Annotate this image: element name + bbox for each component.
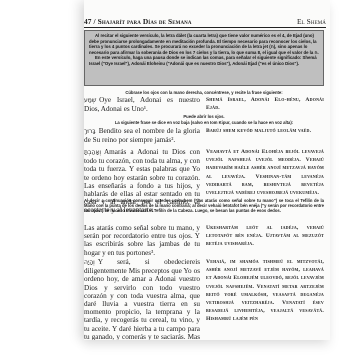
tefilin-instruction: Al decir a continuación conseguir ustede… xyxy=(84,198,324,214)
page-header: 47 / Shajarít para Días de Semana El She… xyxy=(84,16,326,28)
transliteration: Vehaiá, im shamóa tishmeú el mitzvotái, … xyxy=(206,258,324,340)
transliteration: Ukeshartám leót al iadéja, vehaiú letota… xyxy=(206,224,324,257)
section-title: El Shemá xyxy=(297,17,326,26)
spanish-text: Las atarás como señal sobre tu mano, y s… xyxy=(84,224,206,257)
hebrew-word: וְאָהַבְתָּ xyxy=(84,149,101,156)
spanish-text: שְׁמַעOye Israel, Adonai es nuestro Dios… xyxy=(84,96,206,113)
hebrew-word: וְהָיָה xyxy=(84,259,95,266)
baruj-row: בָּרוּךְBendito sea el nombre de la glor… xyxy=(84,127,324,144)
instruction-box: Al recitar el siguiente versículo, la le… xyxy=(84,30,324,86)
transliteration: Shemá Israel, Adonái Elo-hénu, Adonái Ej… xyxy=(206,96,324,113)
spanish-line: Oye Israel, Adonai es nuestro Dios, Adon… xyxy=(84,96,200,113)
spanish-text: בָּרוּךְBendito sea el nombre de la glor… xyxy=(84,127,206,144)
cover-eyes-instruction: Cúbrase los ojos con la mano derecha, co… xyxy=(84,90,324,95)
spanish-line: Bendito sea el nombre de la gloria de Su… xyxy=(84,127,200,144)
hebrew-word: שְׁמַע xyxy=(84,97,96,104)
vehaia-row: וְהָיָהY será, si obedeciereis diligente… xyxy=(84,258,324,340)
open-eyes-instruction: Puede abrir los ojos. xyxy=(84,114,324,119)
whisper-instruction: La siguiente frase se dice en voz baja (… xyxy=(84,120,324,125)
instruction-paragraph: Al recitar el siguiente versículo, la le… xyxy=(89,33,319,55)
page-number-title: 47 / Shajarít para Días de Semana xyxy=(84,17,192,26)
hebrew-word: בָּרוּךְ xyxy=(84,128,96,135)
shema-row: שְׁמַעOye Israel, Adonai es nuestro Dios… xyxy=(84,96,324,113)
prayer-book-page: 47 / Shajarít para Días de Semana El She… xyxy=(84,0,330,340)
ukeshartam-row: Las atarás como señal sobre tu mano, y s… xyxy=(84,224,324,257)
spanish-text: וְהָיָהY será, si obedeciereis diligente… xyxy=(84,258,206,340)
instruction-paragraph: En este versículo, haga una pausa donde … xyxy=(89,55,319,66)
transliteration: Barúj shem kevód maljutó leolám vaéd. xyxy=(206,127,324,144)
spanish-line: Y será, si obedeciereis diligentemente M… xyxy=(84,258,200,340)
